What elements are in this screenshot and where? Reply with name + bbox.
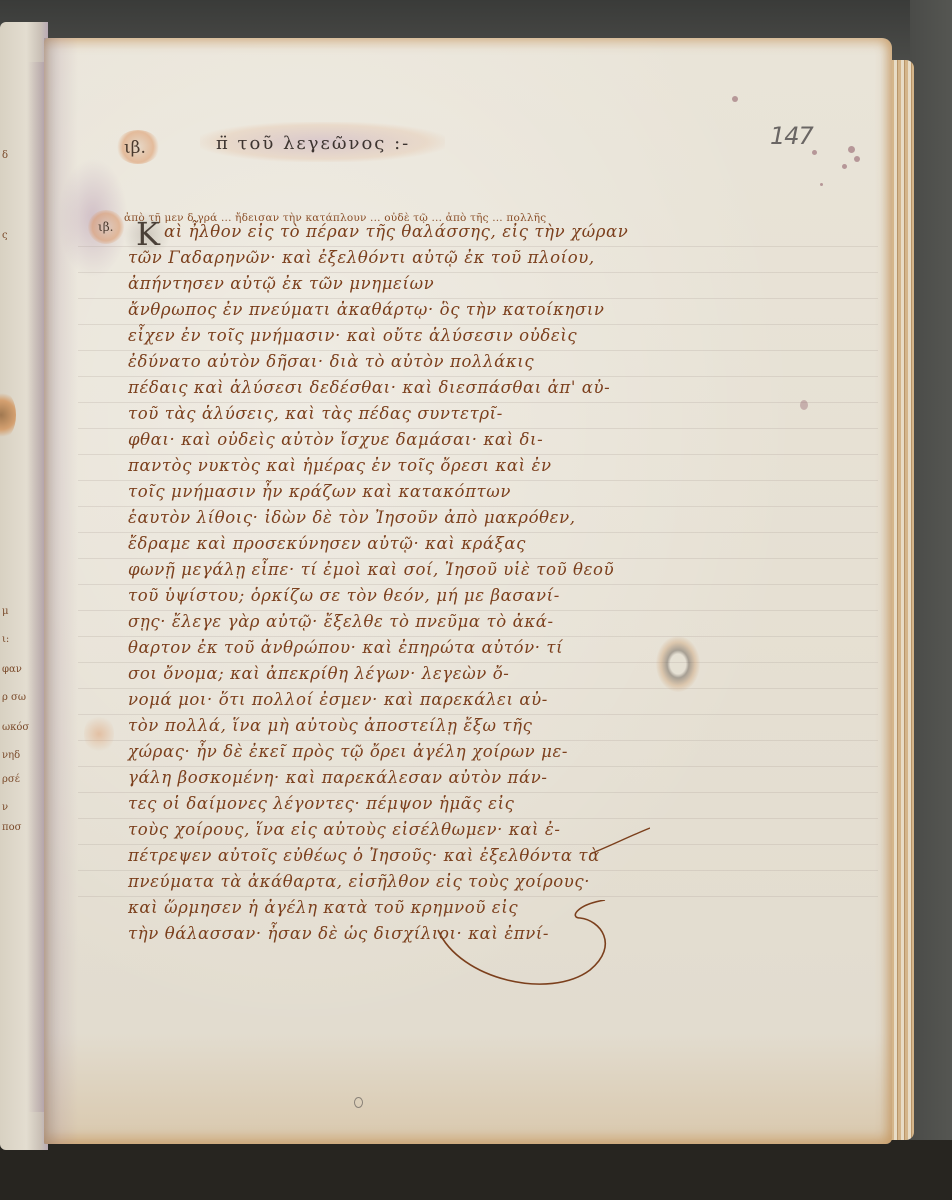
text-line: χώρας· ἦν δὲ ἐκεῖ πρὸς τῷ ὄρει ἀγέλη χοί… — [128, 742, 568, 768]
left-page-fragment: ποσ — [2, 822, 21, 834]
text-line: παντὸς νυκτὸς καὶ ἡμέρας ἐν τοῖς ὄρεσι κ… — [128, 456, 552, 482]
text-line: ἔδραμε καὶ προσεκύνησεν αὐτῷ· καὶ κράξας — [128, 534, 526, 560]
left-page-fragment: φαν — [2, 664, 22, 676]
margin-stain — [84, 714, 114, 754]
text-line: πέδαις καὶ ἁλύσεσι δεδέσθαι· καὶ διεσπάσ… — [128, 378, 610, 404]
text-line: ἀπήντησεν αὐτῷ ἐκ τῶν μνημείων — [128, 274, 434, 300]
text-line: σῃς· ἔλεγε γὰρ αὐτῷ· ἔξελθε τὸ πνεῦμα τὸ… — [128, 612, 554, 638]
left-page-fragment: νηδ — [2, 750, 20, 762]
chapter-number-margin: ιβ. — [98, 220, 113, 234]
text-line: φωνῇ μεγάλῃ εἶπε· τί ἐμοὶ καὶ σοί, Ἰησοῦ… — [128, 560, 614, 586]
background-bottom — [0, 1140, 952, 1200]
left-page-fragment: ωκόσ — [2, 722, 29, 734]
text-line: σοι ὄνομα; καὶ ἀπεκρίθη λέγων· λεγεὼν ὄ- — [128, 664, 509, 690]
text-line: πνεύματα τὰ ἀκάθαρτα, εἰσῆλθον εἰς τοὺς … — [128, 872, 590, 898]
ink-spot — [842, 164, 847, 169]
folio-number: 147 — [770, 122, 813, 150]
text-line: γάλη βοσκομένη· καὶ παρεκάλεσαν αὐτὸν πά… — [128, 768, 548, 794]
text-line: τοῦ ὑψίστου; ὁρκίζω σε τὸν θεόν, μή με β… — [128, 586, 560, 612]
ink-flourish — [430, 900, 630, 995]
text-line: θαρτον ἐκ τοῦ ἀνθρώπου· καὶ ἐπηρώτα αὐτό… — [128, 638, 563, 664]
chapter-title: π̈ τοῦ λεγεῶνος :- — [216, 133, 410, 154]
chapter-number-heading: ιβ. — [124, 138, 146, 158]
background-right — [910, 0, 952, 1200]
stain-ring — [656, 636, 700, 692]
text-line: νομά μοι· ὅτι πολλοί ἐσμεν· καὶ παρεκάλε… — [128, 690, 548, 716]
text-line: τοῖς μνήμασιν ἦν κράζων καὶ κατακόπτων — [128, 482, 511, 508]
text-line: τοὺς χοίρους, ἵνα εἰς αὐτοὺς εἰσέλθωμεν·… — [128, 820, 561, 846]
text-line: ἑαυτὸν λίθοις· ἰδὼν δὲ τὸν Ἰησοῦν ἀπὸ μα… — [128, 508, 576, 534]
ink-spot — [812, 150, 817, 155]
text-line: ἄνθρωπος ἐν πνεύματι ἀκαθάρτῳ· ὃς τὴν κα… — [128, 300, 605, 326]
ink-flourish-line — [590, 826, 650, 856]
text-line: ἐδύνατο αὐτὸν δῆσαι· διὰ τὸ αὐτὸν πολλάκ… — [128, 352, 534, 378]
text-line: πέτρεψεν αὐτοῖς εὐθέως ὁ Ἰησοῦς· καὶ ἐξε… — [128, 846, 600, 872]
ink-spot — [848, 146, 855, 153]
left-page-fragment: ν — [2, 802, 8, 814]
text-line: αὶ ἦλθον εἰς τὸ πέραν τῆς θαλάσσης, εἰς … — [164, 222, 628, 248]
text-line: εἶχεν ἐν τοῖς μνήμασιν· καὶ οὔτε ἁλύσεσι… — [128, 326, 577, 352]
ink-spot — [854, 156, 860, 162]
text-line: φθαι· καὶ οὐδεὶς αὐτὸν ἴσχυε δαμάσαι· κα… — [128, 430, 543, 456]
left-page-fragment: ρσέ — [2, 774, 20, 786]
text-line: τῶν Γαδαρηνῶν· καὶ ἐξελθόντι αὐτῷ ἐκ τοῦ… — [128, 248, 595, 274]
left-page-fragment: ρ σω — [2, 692, 26, 704]
library-stamp — [354, 1097, 363, 1108]
ink-spot — [800, 400, 808, 410]
left-page-edge: δ ς μ ι: φαν ρ σω ωκόσ νηδ ρσέ ν ποσ — [0, 22, 48, 1150]
ink-spot — [732, 96, 738, 102]
left-page-fragment: ς — [2, 230, 8, 242]
left-page-fragment: μ — [2, 606, 9, 618]
left-page-initial-stain — [0, 390, 16, 440]
left-page-fragment: δ — [2, 150, 8, 162]
text-line: τὸν πολλά, ἵνα μὴ αὐτοὺς ἀποστείλῃ ἔξω τ… — [128, 716, 532, 742]
left-page-fragment: ι: — [2, 634, 9, 646]
text-line: τες οἱ δαίμονες λέγοντες· πέμψον ἡμᾶς εἰ… — [128, 794, 515, 820]
text-line: τοῦ τὰς ἁλύσεις, καὶ τὰς πέδας συντετρῖ- — [128, 404, 503, 430]
ink-spot — [820, 183, 823, 186]
